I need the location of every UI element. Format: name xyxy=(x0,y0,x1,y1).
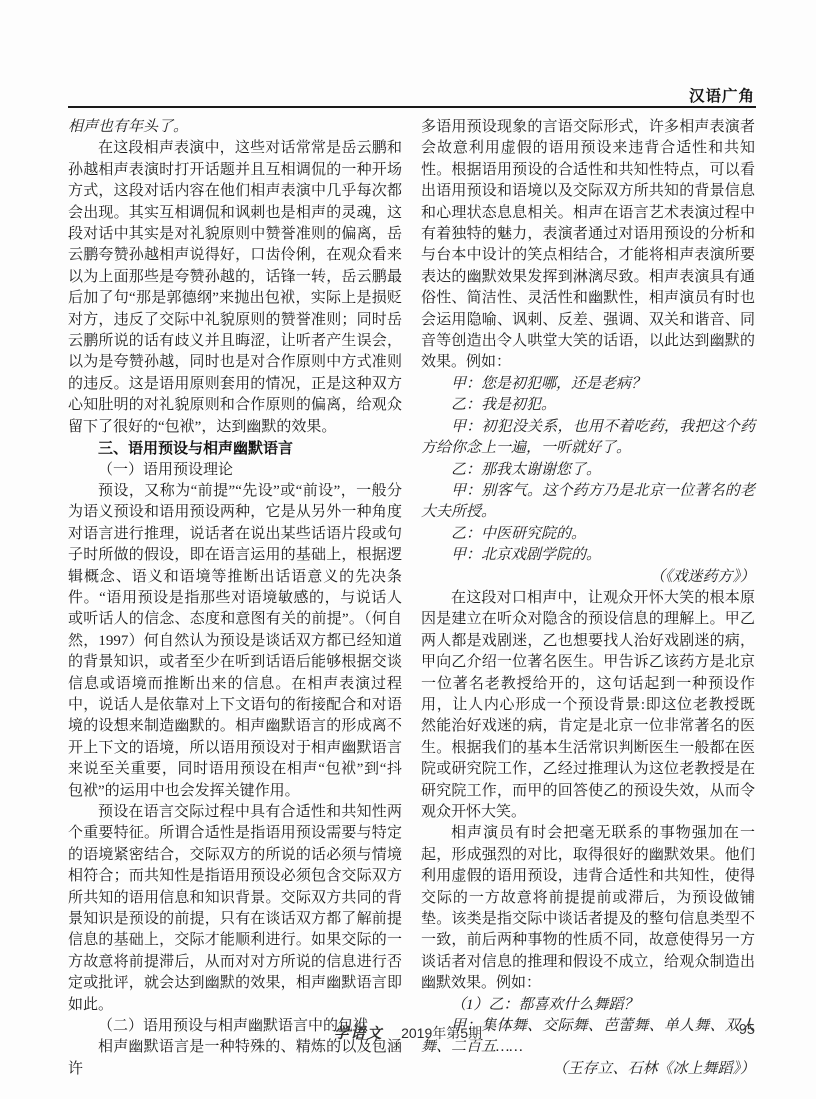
dialogue-line: 甲：北京戏剧学院的。 xyxy=(421,545,755,566)
source-attribution: （《戏迷药方》） xyxy=(421,567,755,588)
paragraph: 预设，又称为“前提”“先设”或“前设”，一般分为语义预设和语用预设两种，它是从另… xyxy=(68,481,402,802)
article-body: 相声也有年头了。 在这段相声表演中，这些对话常常是岳云鹏和孙越相声表演时打开话题… xyxy=(68,117,756,1080)
paragraph: 预设在语言交际过程中具有合适性和共知性两个重要特征。所谓合适性是指语用预设需要与… xyxy=(68,802,402,1016)
source-attribution: （王存立、石林《冰上舞蹈》） xyxy=(421,1059,755,1080)
paragraph: 相声演员有时会把毫无联系的事物强加在一起，形成强烈的对比，取得很好的幽默效果。他… xyxy=(421,823,755,994)
paragraph: 相声幽默语言是一种特殊的、精炼的以及包涵许 xyxy=(68,1037,402,1080)
footer: 学语文 2019年第5期 xyxy=(0,1022,816,1043)
issue-label: 2019年第5期 xyxy=(401,1025,482,1041)
section-heading: 三、语用预设与相声幽默语言 xyxy=(68,438,402,459)
dialogue-line: 甲：初犯没关系，也用不着吃药，我把这个药方给你念上一遍，一听就好了。 xyxy=(421,417,755,460)
dialogue-line: 乙：那我太谢谢您了。 xyxy=(421,460,755,481)
dialogue-line: 乙：中医研究院的。 xyxy=(421,524,755,545)
dialogue-line: 甲：别客气。这个药方乃是北京一位著名的老大夫所授。 xyxy=(421,481,755,524)
dialogue-line: 乙：我是初犯。 xyxy=(421,395,755,416)
section-label: 汉语广角 xyxy=(689,84,755,106)
paragraph: 在这段相声表演中，这些对话常常是岳云鹏和孙越相声表演时打开话题并且互相调侃的一种… xyxy=(68,138,402,438)
journal-logo: 学语文 xyxy=(334,1026,384,1042)
subsection-heading: （一）语用预设理论 xyxy=(68,460,402,481)
paragraph: 在这段对口相声中，让观众开怀大笑的根本原因是建立在听众对隐含的预设信息的理解上。… xyxy=(421,588,755,823)
header-rule xyxy=(68,106,756,108)
carryover-dialogue-line: 相声也有年头了。 xyxy=(68,117,402,138)
dialogue-line: 甲：您是初犯哪，还是老病？ xyxy=(421,374,755,395)
journal-page: 汉语广角 相声也有年头了。 在这段相声表演中，这些对话常常是岳云鹏和孙越相声表演… xyxy=(0,0,816,1099)
dialogue-line: （1）乙：都喜欢什么舞蹈？ xyxy=(421,995,755,1016)
left-column: 相声也有年头了。 在这段相声表演中，这些对话常常是岳云鹏和孙越相声表演时打开话题… xyxy=(68,117,402,1080)
right-column: 多语用预设现象的言语交际形式，许多相声表演者会故意利用虚假的语用预设来违背合适性… xyxy=(421,117,755,1080)
page-number: 95 xyxy=(739,1022,755,1038)
paragraph-continuation: 多语用预设现象的言语交际形式，许多相声表演者会故意利用虚假的语用预设来违背合适性… xyxy=(421,117,755,374)
